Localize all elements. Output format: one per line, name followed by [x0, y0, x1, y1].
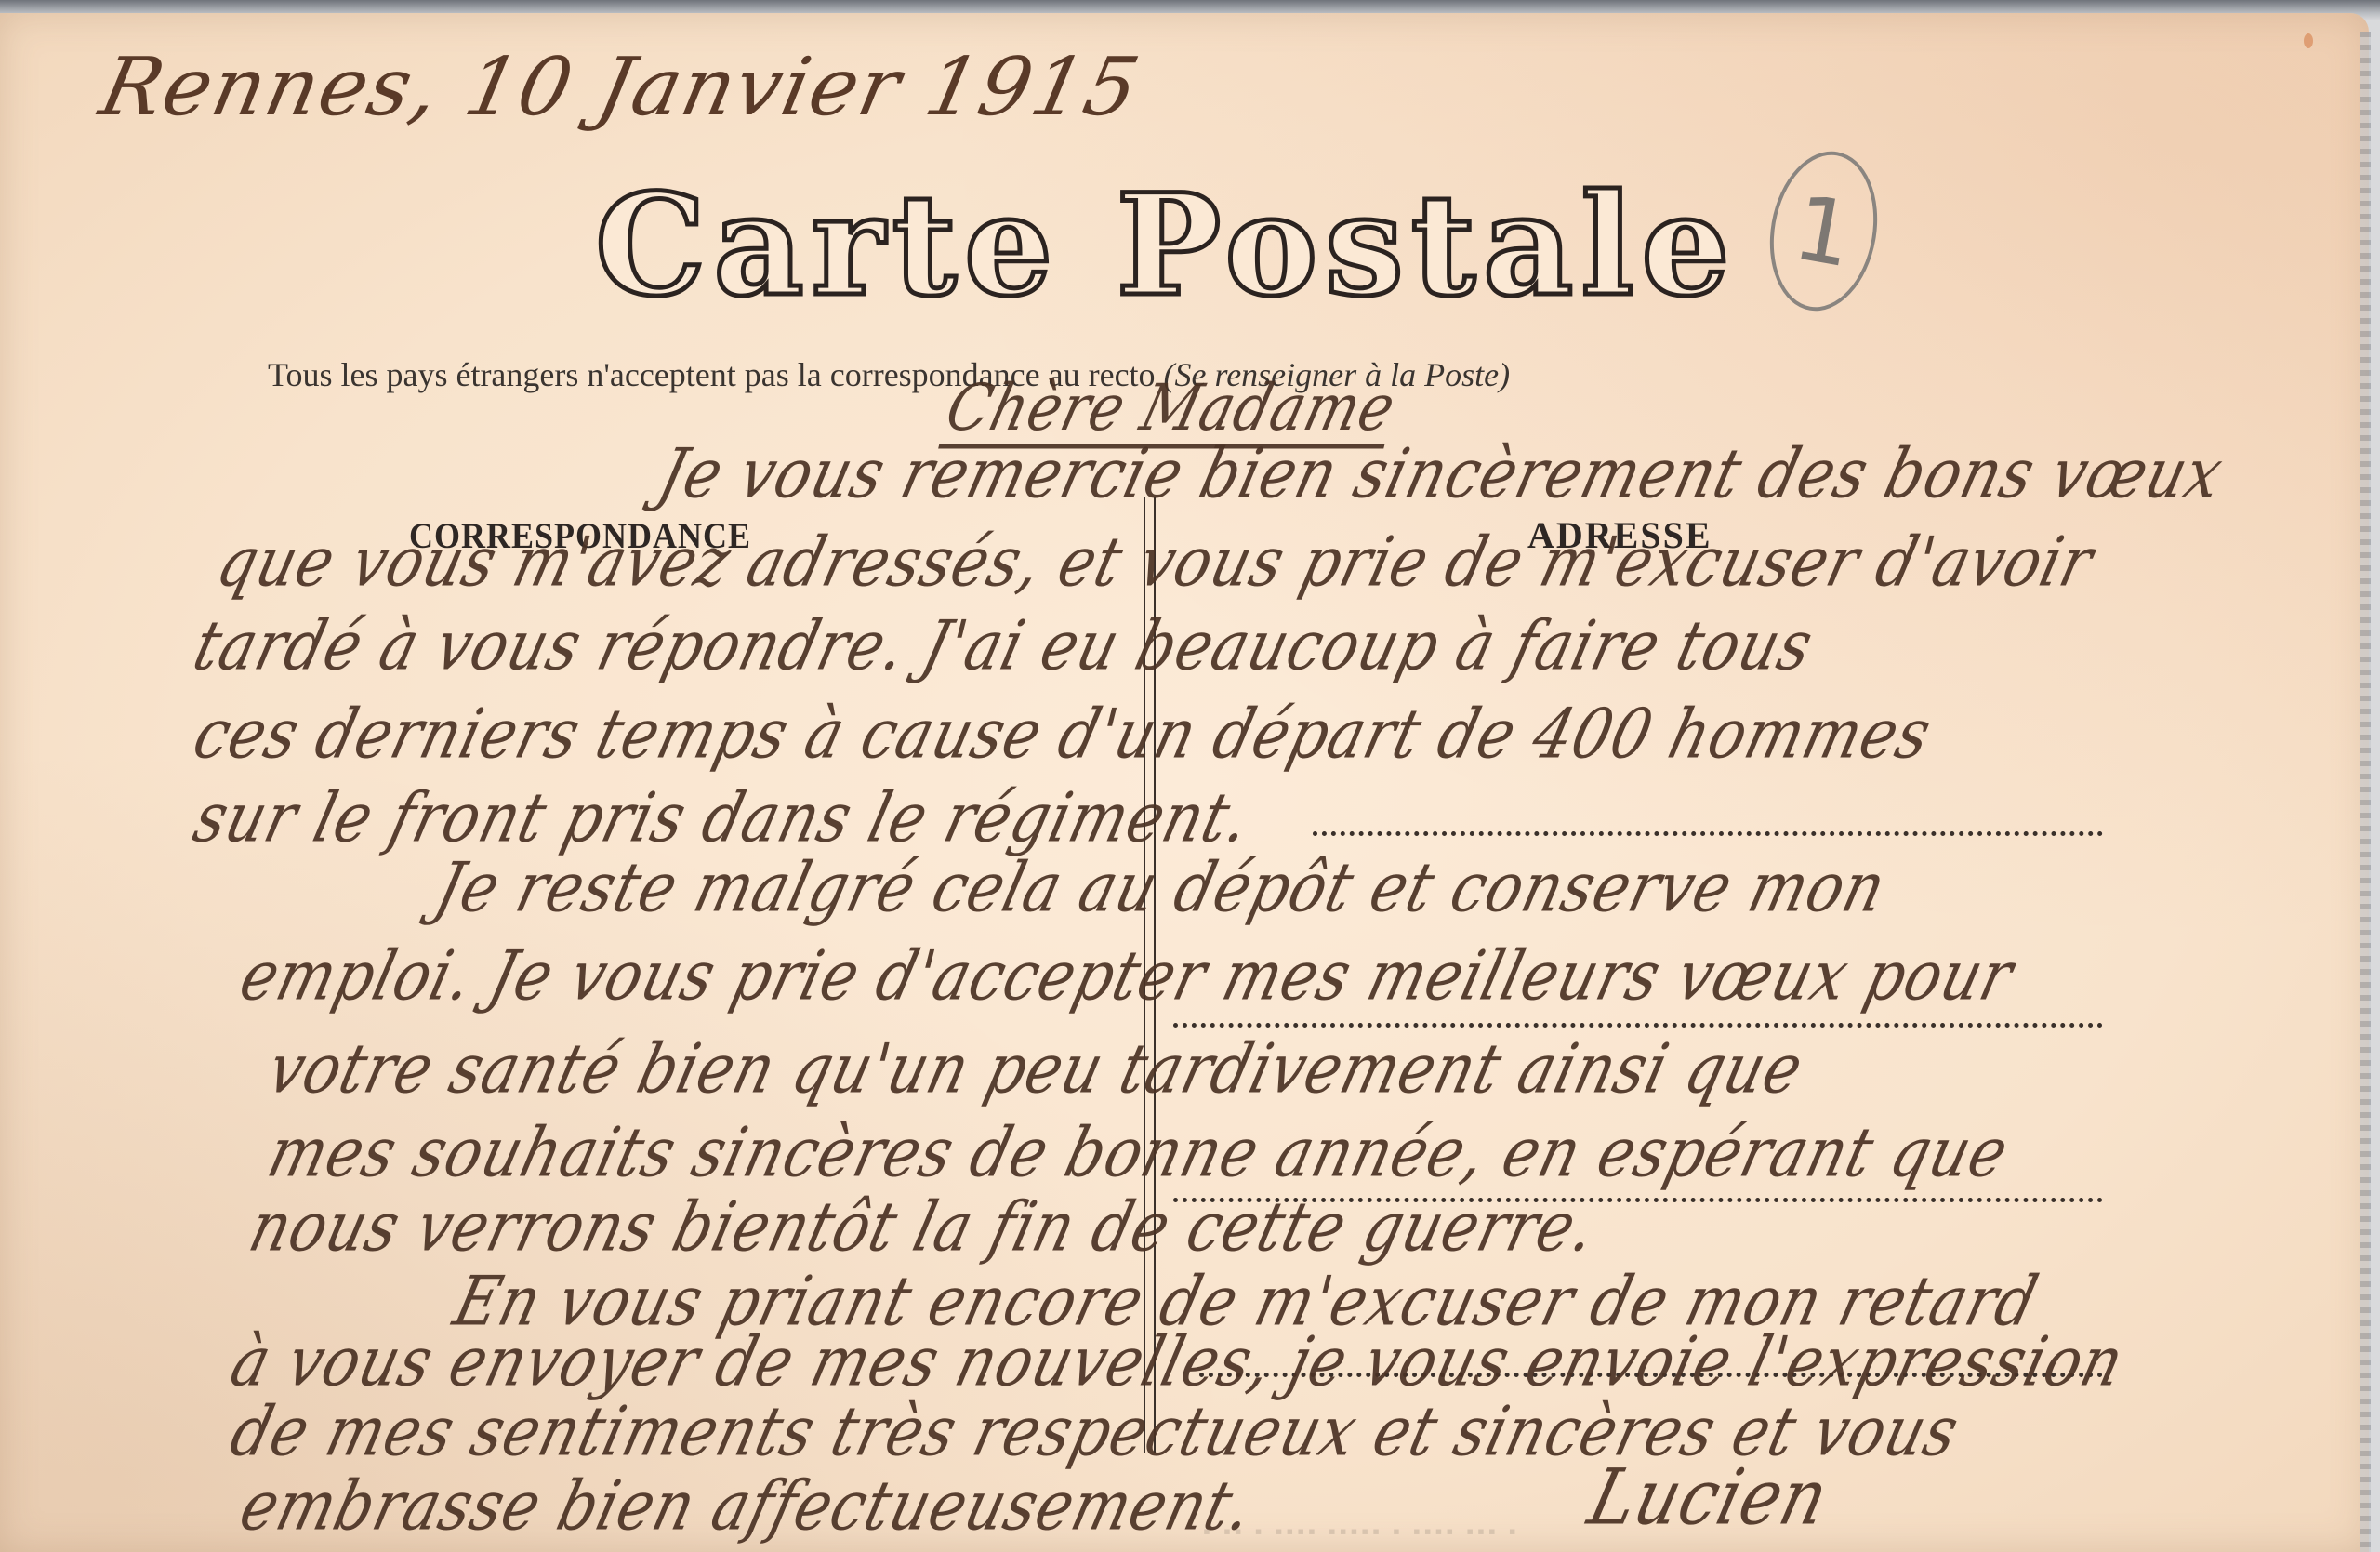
- faint-bleedthrough-text: ▪ ▪▪▪ ▪▪▪▪ ▪ ▪▪▪▪▪ ▪▪▪▪ ▪ ▪▪ ▪: [1199, 1519, 1515, 1544]
- letter-signature: Lucien: [1580, 1452, 1838, 1542]
- letter-line: tardé à vous répondre. J'ai eu beaucoup …: [186, 607, 1820, 686]
- letter-line: ces derniers temps à cause d'un départ d…: [186, 696, 1939, 775]
- letter-line: Je reste malgré cela au dépôt et conserv…: [428, 849, 1894, 928]
- letter-line: embrasse bien affectueusement.: [232, 1467, 1261, 1546]
- postcard-back: Rennes, 10 Janvier 1915 Carte Postale 1 …: [0, 13, 2369, 1552]
- letter-line: nous verrons bientôt la fin de cette gue…: [242, 1188, 1604, 1267]
- letter-line: emploi. Je vous prie d'accepter mes meil…: [232, 937, 2021, 1016]
- letter-line: mes souhaits sincères de bonne année, en…: [260, 1114, 2016, 1193]
- letter-line: à vous envoyer de mes nouvelles, je vous…: [223, 1323, 2132, 1402]
- letter-line: que vous m'avez adressés, et vous prie d…: [209, 524, 2101, 603]
- handwritten-letter: Chère Madame Je vous remercie bien sincè…: [0, 13, 2369, 1552]
- letter-line: Je vous remercie bien sincèrement des bo…: [651, 435, 2230, 514]
- letter-line: sur le front pris dans le régiment.: [186, 779, 1258, 858]
- letter-line: votre santé bien qu'un peu tardivement a…: [260, 1030, 1811, 1109]
